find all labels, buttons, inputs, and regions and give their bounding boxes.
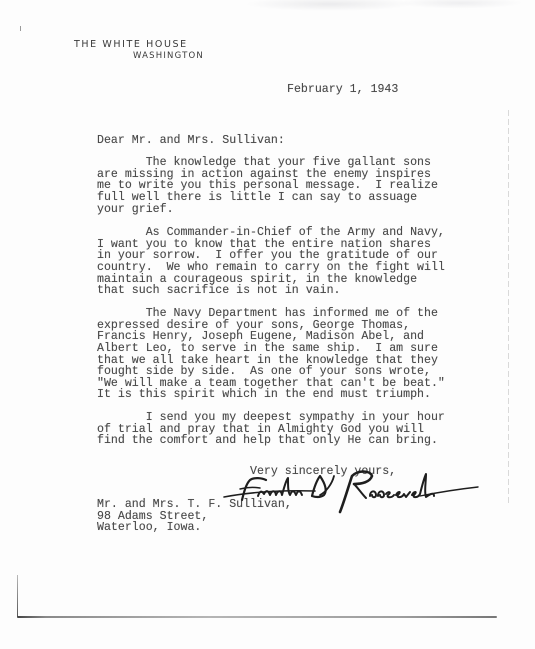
scan-mark: [20, 26, 21, 31]
paragraph-line: your grief.: [97, 204, 438, 216]
paragraph-line: country. We who remain to carry on the f…: [97, 262, 445, 274]
paragraph-line: The knowledge that your five gallant son…: [97, 157, 438, 169]
letterhead-location: WASHINGTON: [133, 51, 204, 61]
paragraph-line: full well there is little I can say to a…: [97, 192, 438, 204]
paragraph-line: It is this spirit which in the end must …: [97, 389, 445, 401]
letterhead-title: THE WHITE HOUSE: [74, 39, 188, 50]
paragraph-line: The Navy Department has informed me of t…: [97, 308, 445, 320]
paragraph-2: As Commander-in-Chief of the Army and Na…: [97, 227, 445, 297]
recipient-address: Mr. and Mrs. T. F. Sullivan, 98 Adams St…: [97, 499, 292, 534]
letter-page: THE WHITE HOUSE WASHINGTON February 1, 1…: [0, 0, 535, 649]
paragraph-line: As Commander-in-Chief of the Army and Na…: [97, 227, 445, 239]
paper-edge-right: [508, 110, 509, 505]
paragraph-4: I send you my deepest sympathy in your h…: [97, 412, 445, 447]
address-line: Mr. and Mrs. T. F. Sullivan,: [97, 499, 292, 511]
paragraph-line: that such sacrifice is not in vain.: [97, 285, 445, 297]
paper-edge-left: [17, 575, 18, 617]
salutation: Dear Mr. and Mrs. Sullivan:: [97, 135, 285, 147]
address-line: Waterloo, Iowa.: [97, 522, 292, 534]
letter-date: February 1, 1943: [287, 84, 398, 96]
paragraph-1: The knowledge that your five gallant son…: [97, 157, 438, 215]
paragraph-line: find the comfort and help that only He c…: [97, 435, 445, 447]
paper-edge-bottom: [17, 616, 497, 618]
paragraph-3: The Navy Department has informed me of t…: [97, 308, 445, 401]
paragraph-line: Albert Leo, to serve in the same ship. I…: [97, 343, 445, 355]
paragraph-line: I send you my deepest sympathy in your h…: [97, 412, 445, 424]
